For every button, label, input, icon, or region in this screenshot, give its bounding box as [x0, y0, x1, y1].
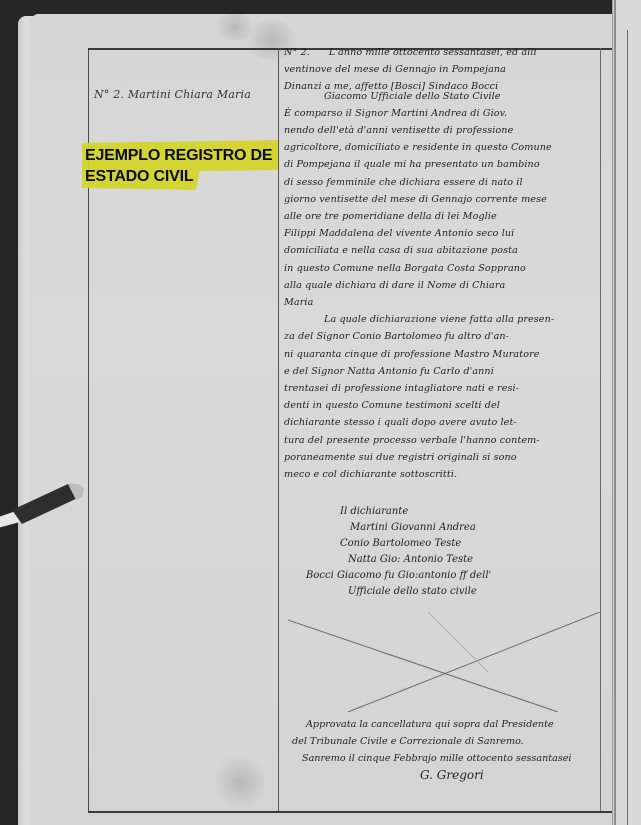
- record-line: alle ore tre pomeridiane della di lei Mo…: [284, 208, 594, 225]
- signature-line: Natta Gio: Antonio Teste: [300, 552, 600, 568]
- record-line: ni quaranta cinque di professione Mastro…: [284, 346, 594, 363]
- approval-line: Approvata la cancellatura qui sopra dal …: [292, 716, 602, 733]
- record-line: in questo Comune nella Borgata Costa Sop…: [284, 260, 594, 277]
- record-line: N° 2. L'anno mille ottocento sessantasei…: [284, 44, 594, 61]
- record-line: domiciliata e nella casa di sua abitazio…: [284, 242, 594, 259]
- record-line: giorno ventisette del mese di Gennajo co…: [284, 191, 594, 208]
- signature-line: Conio Bartolomeo Teste: [300, 536, 600, 552]
- record-line: di sesso femminile che dichiara essere d…: [284, 174, 594, 191]
- right-margin-rule: [600, 48, 601, 811]
- signature-block: Il dichiarante Martini Giovanni Andrea C…: [300, 504, 600, 600]
- record-line: agricoltore, domiciliato e residente in …: [284, 139, 594, 156]
- record-line: nendo dell'età d'anni ventisette di prof…: [284, 122, 594, 139]
- signature-line: Bocci Giacomo fu Gio:antonio ff dell': [300, 568, 600, 584]
- approval-signature: G. Gregori: [292, 767, 602, 784]
- record-line: trentasei di professione intagliatore na…: [284, 380, 594, 397]
- record-line: Giacomo Ufficiale dello Stato Civile: [284, 88, 594, 105]
- signature-line: Il dichiarante: [300, 504, 600, 520]
- record-line: Filippi Maddalena del vivente Antonio se…: [284, 225, 594, 242]
- paper-stain: [210, 14, 260, 40]
- pencil-pointer: [0, 478, 100, 528]
- record-body: N° 2. L'anno mille ottocento sessantasei…: [284, 44, 594, 483]
- record-line: tura del presente processo verbale l'han…: [284, 432, 594, 449]
- signature-line: Ufficiale dello stato civile: [300, 584, 600, 600]
- signature-line: Martini Giovanni Andrea: [300, 520, 600, 536]
- record-line: e del Signor Natta Antonio fu Carlo d'an…: [284, 363, 594, 380]
- overlay-label: EJEMPLO REGISTRO DE ESTADO CIVIL: [85, 145, 272, 187]
- record-line: La quale dichiarazione viene fatta alla …: [284, 311, 594, 328]
- record-line: ventinove del mese di Gennajo in Pompeja…: [284, 61, 594, 78]
- record-line: meco e col dichiarante sottoscritti.: [284, 466, 594, 483]
- record-line: poraneamente sui due registri originali …: [284, 449, 594, 466]
- record-line: Maria: [284, 294, 594, 311]
- approval-annotation: Approvata la cancellatura qui sopra dal …: [292, 716, 602, 784]
- entry-number: N° 2.: [284, 47, 310, 58]
- scanned-document: N° 2. Martini Chiara Maria EJEMPLO REGIS…: [0, 0, 641, 825]
- record-line: za del Signor Conio Bartolomeo fu altro …: [284, 328, 594, 345]
- margin-entry-name: N° 2. Martini Chiara Maria: [94, 88, 274, 101]
- record-line: di Pompejana il quale mi ha presentato u…: [284, 156, 594, 173]
- approval-line: Sanremo il cinque Febbrajo mille ottocen…: [292, 750, 602, 767]
- binding-spine: [614, 0, 616, 825]
- next-page-edge: [612, 0, 641, 825]
- record-line: alla quale dichiara di dare il Nome di C…: [284, 277, 594, 294]
- record-line: dichiarante stesso i quali dopo avere av…: [284, 414, 594, 431]
- column-divider: [278, 48, 279, 811]
- overlay-label-line-2: ESTADO CIVIL: [85, 166, 272, 187]
- approval-line: del Tribunale Civile e Correzionale di S…: [292, 733, 602, 750]
- next-page-rule: [627, 30, 628, 825]
- record-line: È comparso il Signor Martini Andrea di G…: [284, 105, 594, 122]
- overlay-label-line-1: EJEMPLO REGISTRO DE: [85, 145, 272, 166]
- record-line: denti in questo Comune testimoni scelti …: [284, 397, 594, 414]
- cancellation-cross: [288, 612, 600, 712]
